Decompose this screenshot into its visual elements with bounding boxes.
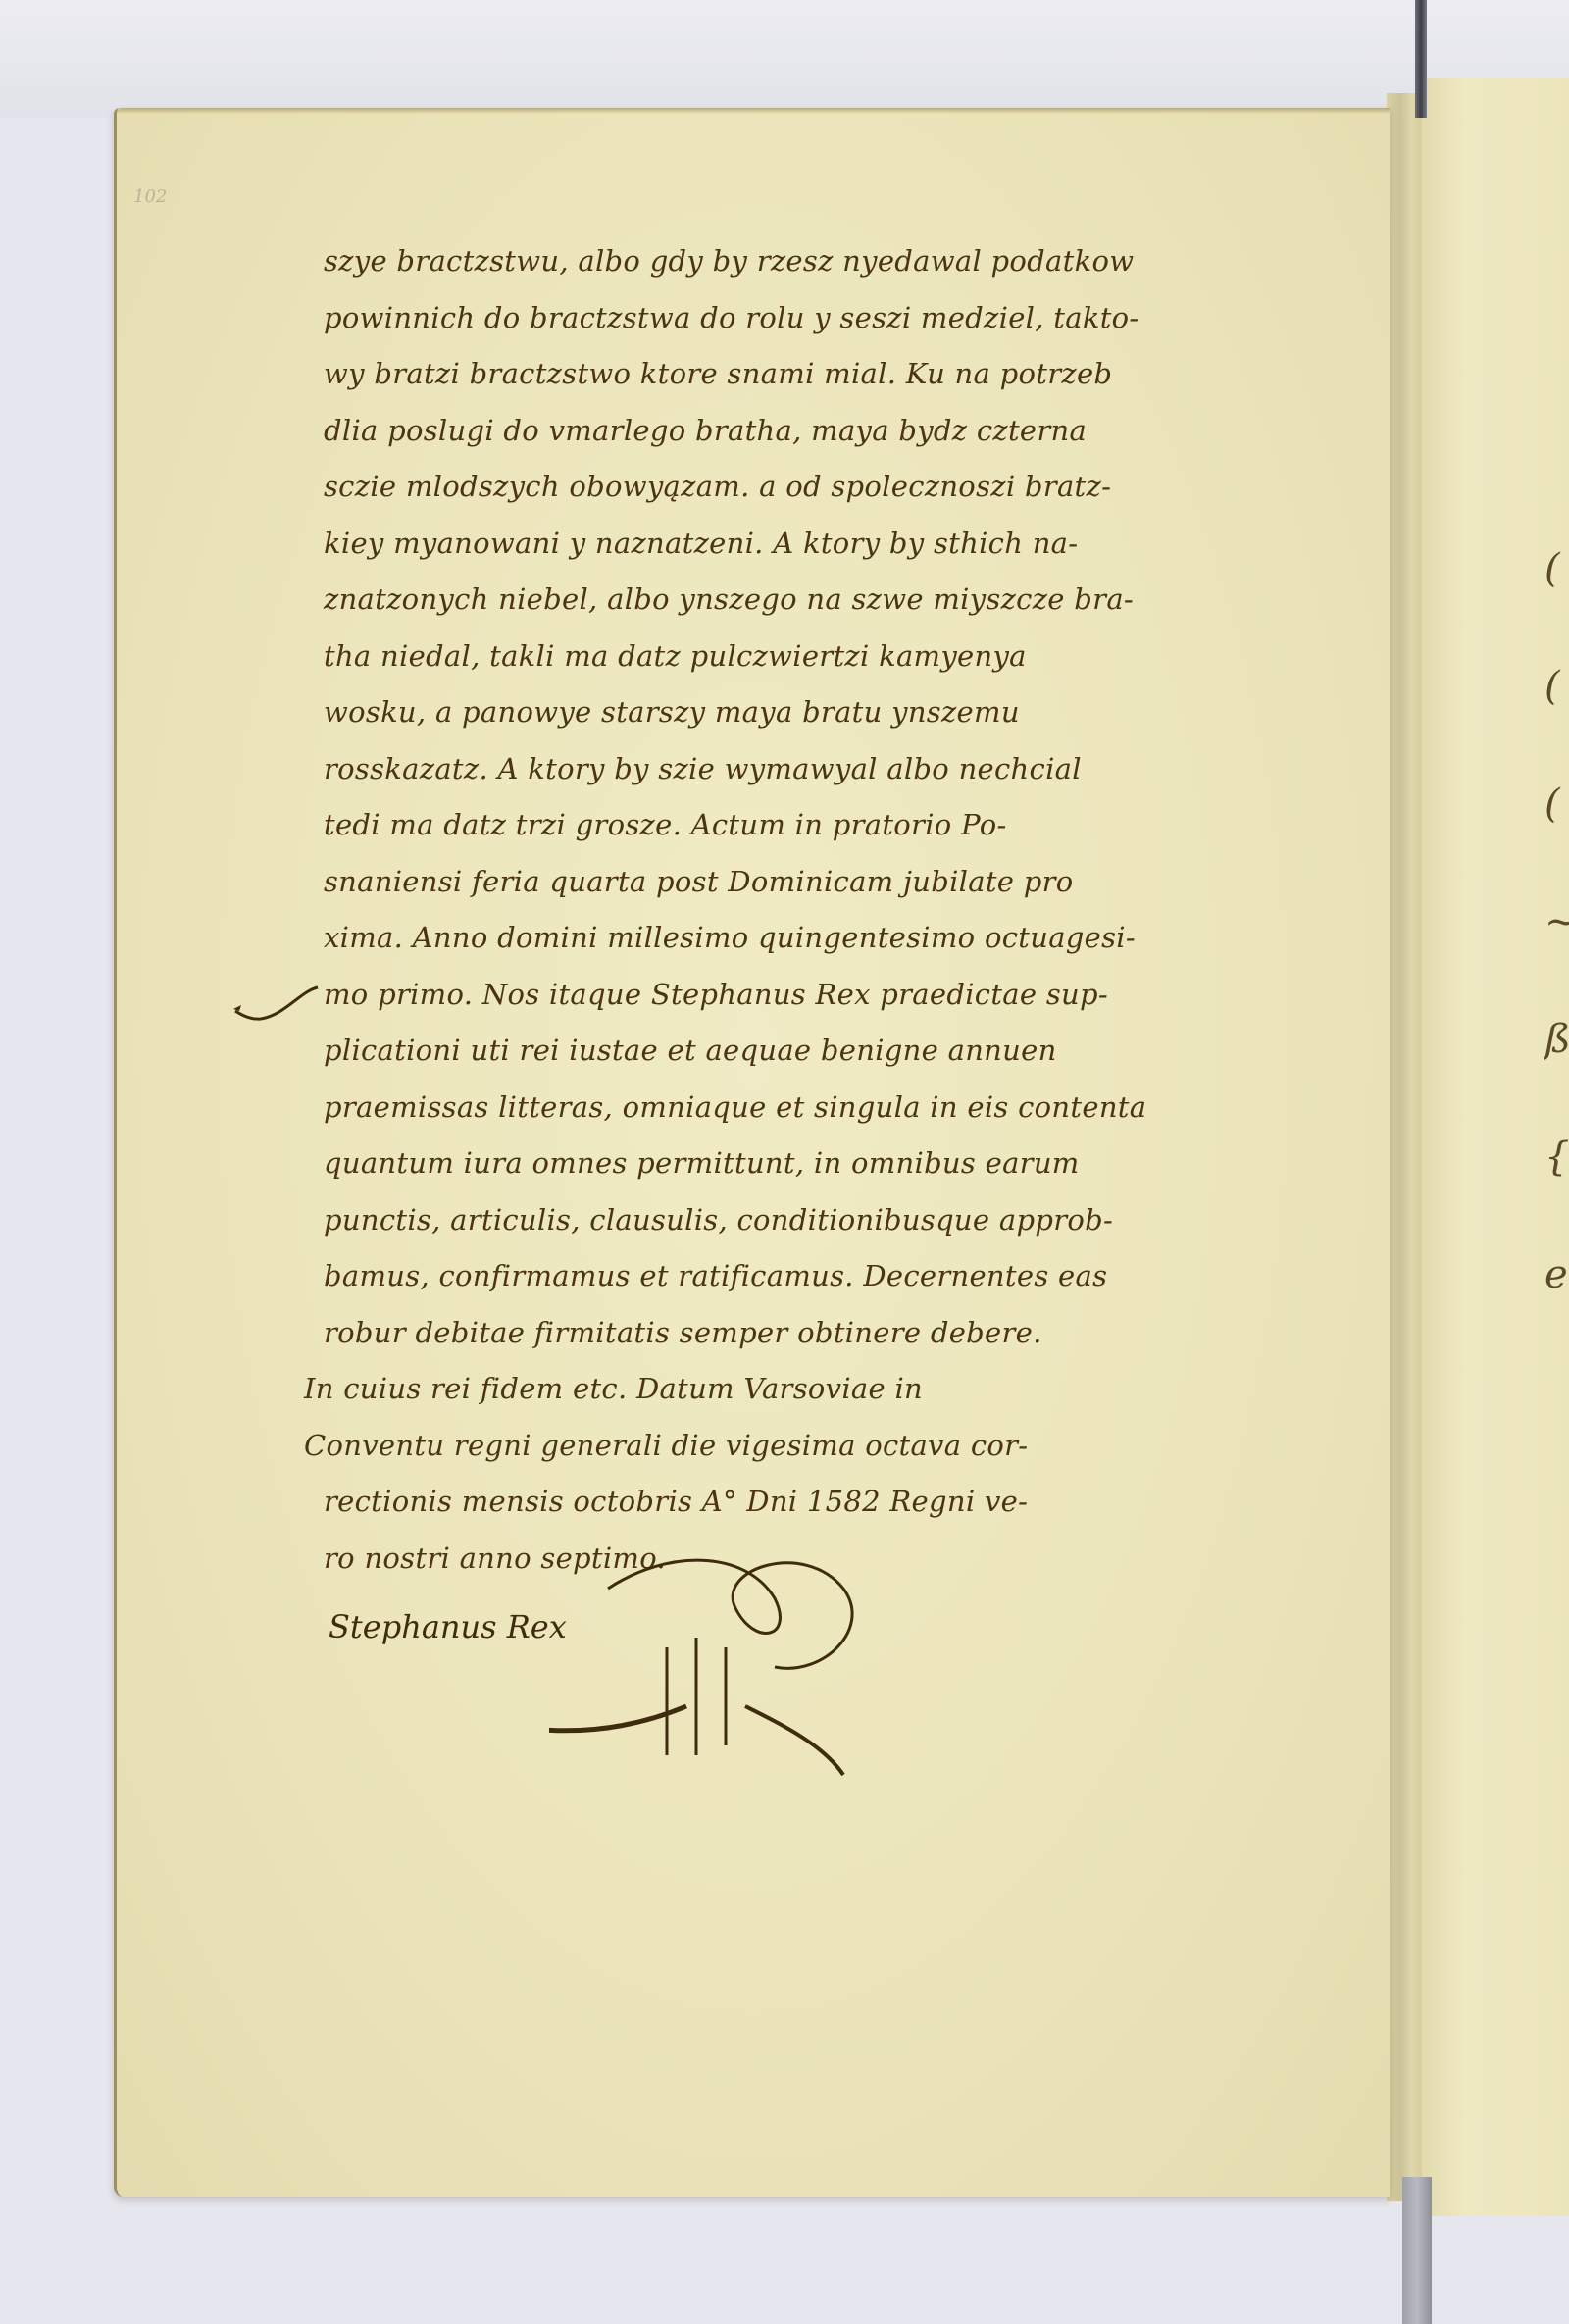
text-line-12: snaniensi feria quarta post Dominicam ju… [324,854,1236,911]
text-line-6: kiey myanowani y naznatzeni. A ktory by … [324,516,1236,573]
book-gutter [1387,93,1422,2201]
scan-backdrop-top [0,0,1569,118]
marginal-pointer-mark [231,985,320,1025]
holding-clip-top [1415,0,1427,118]
facing-page-text-fragments: ( ( ( ~ ß { e [1544,510,1569,1883]
holding-clip-bottom [1402,2177,1432,2324]
text-line-5: sczie mlodszych obowyązam. a od spoleczn… [324,459,1236,516]
text-line-2: powinnich do bractzstwa do rolu y seszi … [324,290,1236,347]
royal-signature: Stephanus Rex [329,1608,567,1645]
text-line-15: plicationi uti rei iustae et aequae beni… [324,1023,1236,1080]
text-line-16: praemissas litteras, omniaque et singula… [324,1080,1236,1137]
text-line-4: dlia poslugi do vmarlego bratha, maya by… [324,403,1236,460]
text-line-8: tha niedal, takli ma datz pulczwiertzi k… [324,629,1236,685]
text-line-13: xima. Anno domini millesimo quingentesim… [324,910,1236,967]
text-line-10: rosskazatz. A ktory by szie wymawyal alb… [324,741,1236,798]
text-line-23: rectionis mensis octobris A° Dni 1582 Re… [324,1474,1236,1531]
signature-flourish [549,1530,922,1785]
manuscript-text: szye bractzstwu, albo gdy by rzesz nyeda… [324,233,1236,1587]
text-line-18: punctis, articulis, clausulis, condition… [324,1192,1236,1249]
text-line-3: wy bratzi bractzstwo ktore snami mial. K… [324,346,1236,403]
text-line-19: bamus, confirmamus et ratificamus. Decer… [324,1248,1236,1305]
text-line-20: robur debitae firmitatis semper obtinere… [324,1305,1236,1362]
text-line-1: szye bractzstwu, albo gdy by rzesz nyeda… [324,233,1236,290]
text-line-9: wosku, a panowye starszy maya bratu ynsz… [324,684,1236,741]
text-line-11: tedi ma datz trzi grosze. Actum in prato… [324,797,1236,854]
text-line-21: In cuius rei fidem etc. Datum Varsoviae … [304,1361,1236,1418]
text-line-14: mo primo. Nos itaque Stephanus Rex praed… [324,967,1236,1024]
text-line-7: znatzonych niebel, albo ynszego na szwe … [324,572,1236,629]
text-line-22: Conventu regni generali die vigesima oct… [304,1418,1236,1475]
text-line-17: quantum iura omnes permittunt, in omnibu… [324,1136,1236,1192]
scan-backdrop-bottom [0,2177,1569,2324]
folio-number: 102 [133,186,167,207]
